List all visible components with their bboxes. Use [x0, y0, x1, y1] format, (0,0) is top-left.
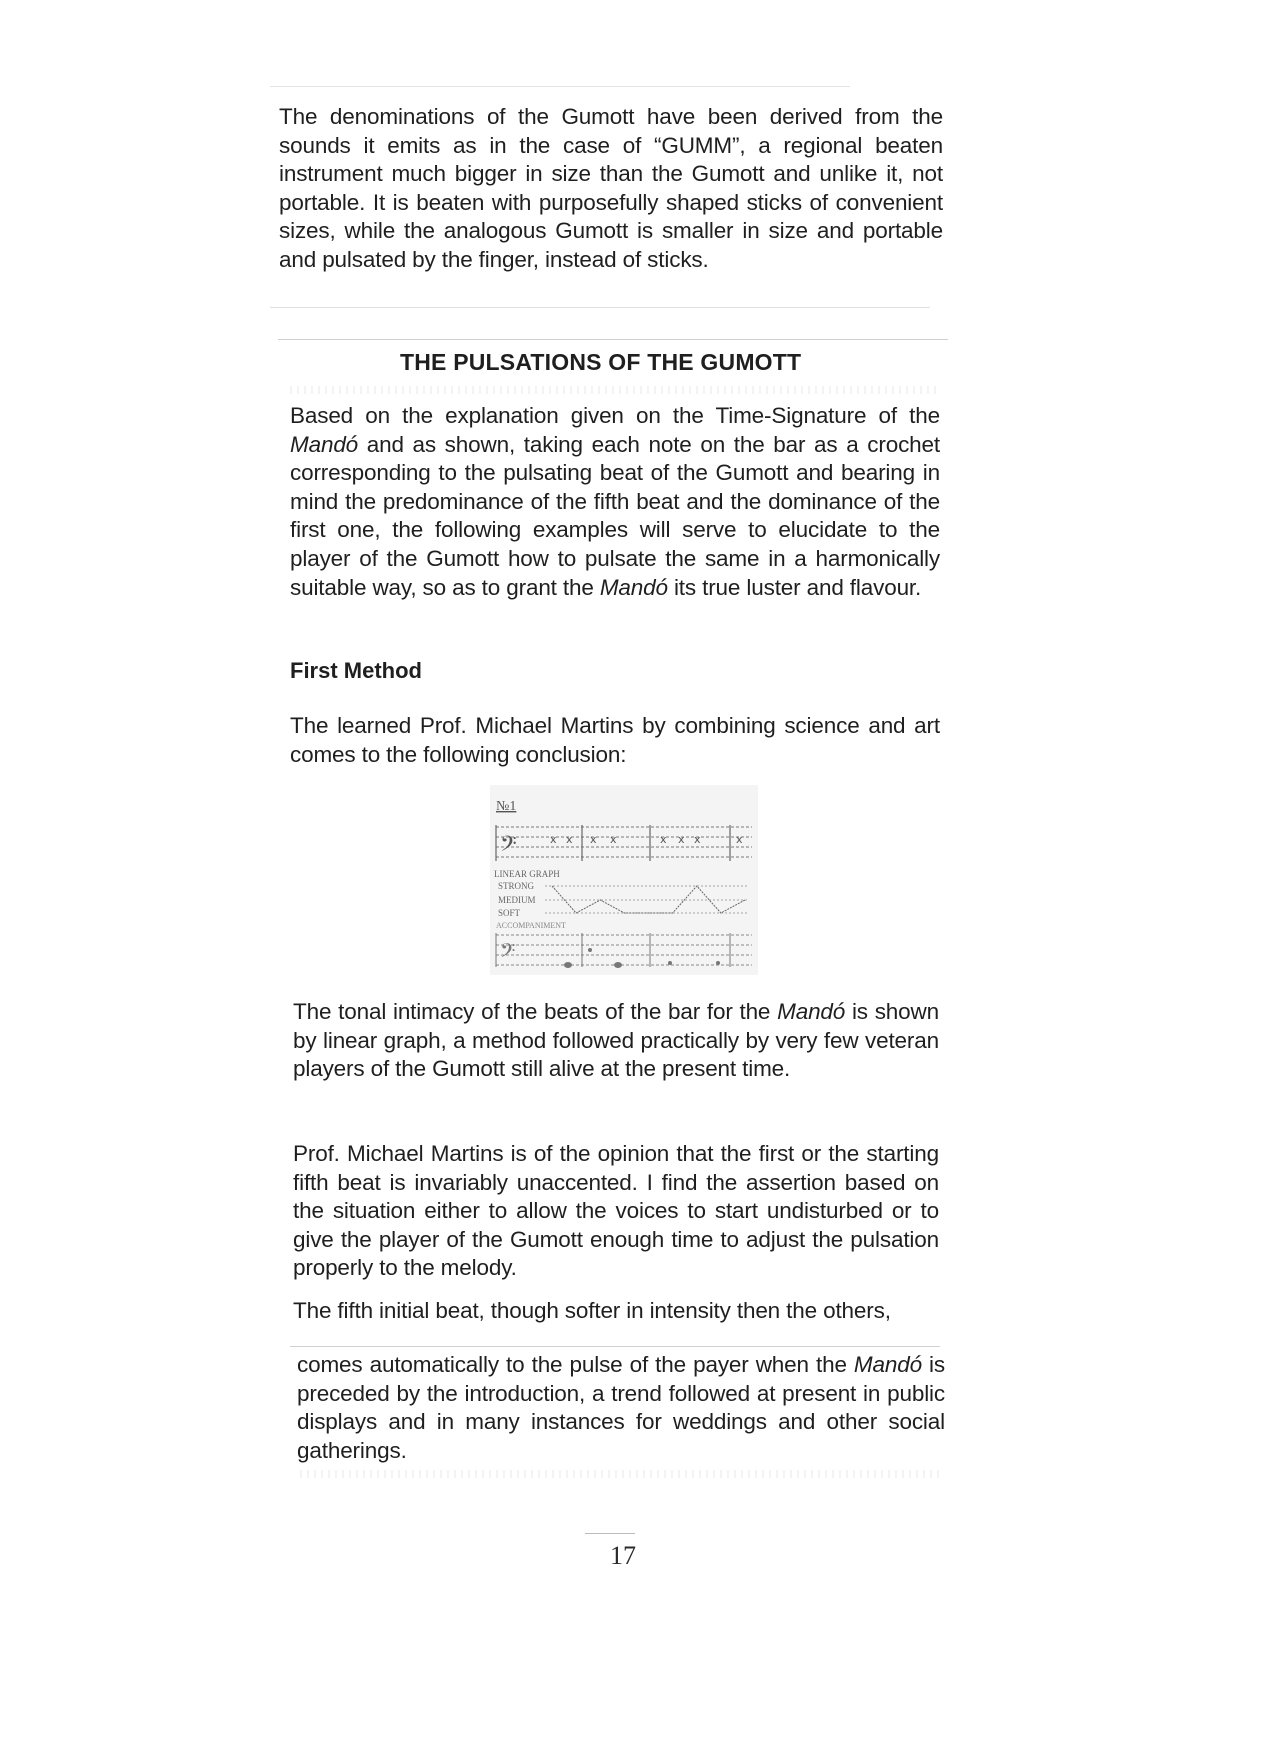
linear-graph-figure: №1 𝄢 xxx xxx xx LINEAR GRAPH STRONG MEDI… [490, 785, 758, 975]
scan-rule [278, 339, 948, 340]
svg-text:x: x [678, 833, 685, 846]
paragraph-fifth-initial-beat: The fifth initial beat, though softer in… [293, 1297, 953, 1326]
scan-rule [270, 86, 850, 87]
section-heading: THE PULSATIONS OF THE GUMOTT [400, 349, 801, 376]
subheading-first-method: First Method [290, 658, 422, 684]
scan-rule [290, 1346, 940, 1347]
svg-text:x: x [694, 833, 701, 846]
svg-text:x: x [550, 833, 557, 846]
svg-text:x: x [566, 833, 573, 846]
paragraph-tonal-intimacy: The tonal intimacy of the beats of the b… [293, 998, 939, 1084]
paragraph-pulsations-explanation: Based on the explanation given on the Ti… [290, 402, 940, 602]
svg-text:𝄢: 𝄢 [500, 939, 515, 967]
svg-text:x: x [610, 833, 617, 846]
paragraph-gumott-denominations: The denominations of the Gumott have bee… [279, 103, 943, 275]
graph-title: LINEAR GRAPH [494, 869, 560, 879]
page-number: 17 [610, 1541, 636, 1571]
figure-number: №1 [496, 799, 516, 814]
svg-text:x: x [660, 833, 667, 846]
scan-noise [290, 386, 940, 394]
svg-text:SOFT: SOFT [498, 908, 521, 918]
svg-text:x: x [590, 833, 597, 846]
svg-text:x: x [736, 833, 743, 846]
svg-text:𝄢: 𝄢 [500, 832, 517, 862]
svg-text:STRONG: STRONG [498, 881, 535, 891]
scan-noise [300, 1470, 940, 1478]
scan-rule [270, 307, 930, 308]
scan-rule [585, 1533, 635, 1534]
svg-text:MEDIUM: MEDIUM [498, 895, 536, 905]
paragraph-introduction-trend: comes automatically to the pulse of the … [297, 1351, 945, 1465]
svg-text:ACCOMPANIMENT: ACCOMPANIMENT [496, 921, 566, 930]
paragraph-martins-opinion: Prof. Michael Martins is of the opinion … [293, 1140, 939, 1283]
paragraph-prof-martins-conclusion: The learned Prof. Michael Martins by com… [290, 712, 940, 769]
